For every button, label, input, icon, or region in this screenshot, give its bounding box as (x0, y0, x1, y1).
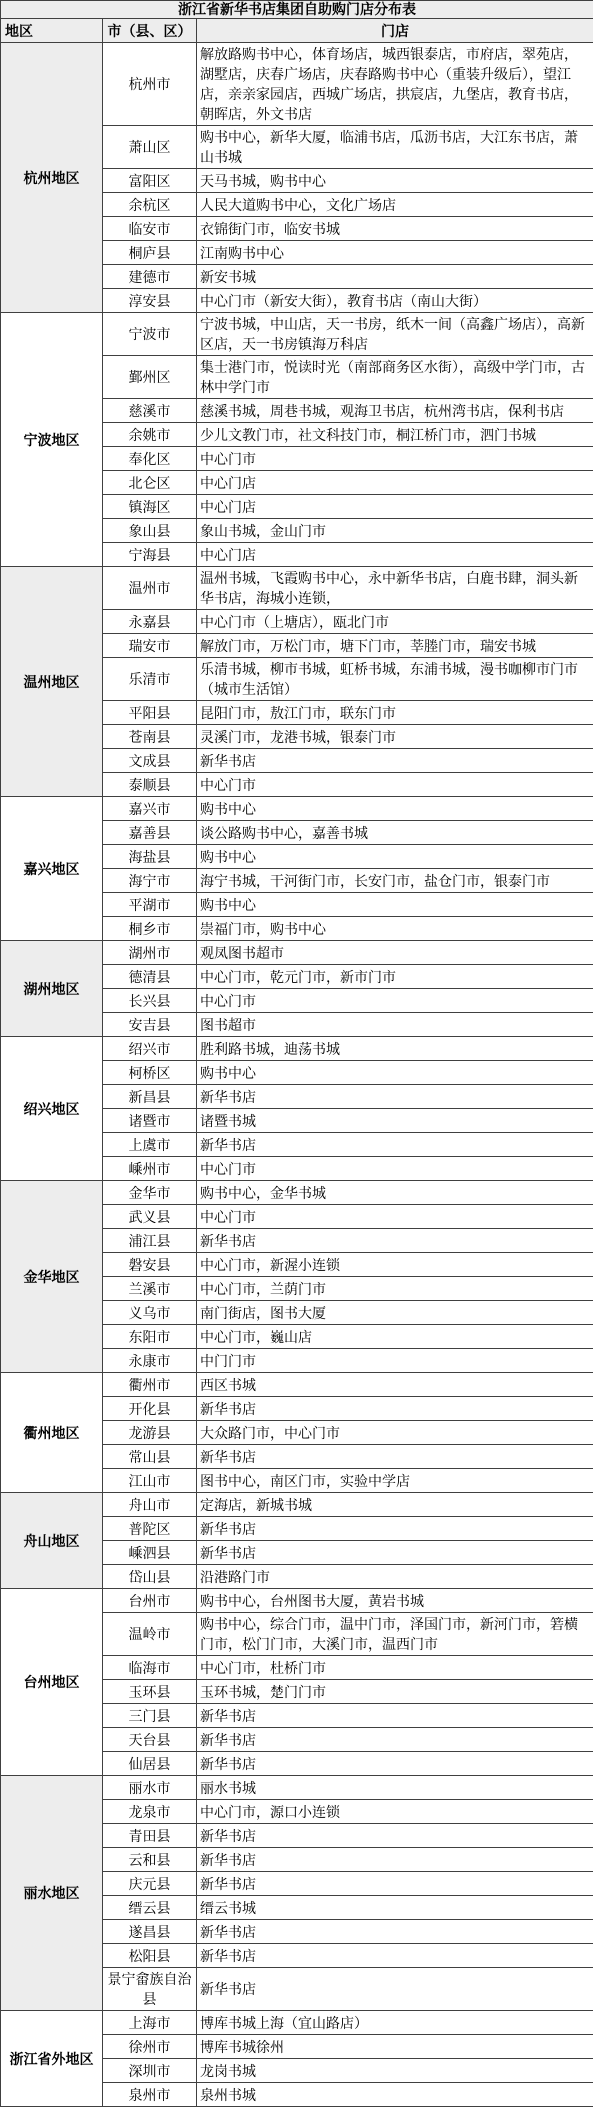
city-cell: 余姚市 (103, 423, 197, 447)
city-cell: 台州市 (103, 1589, 197, 1613)
stores-cell: 泉州书城 (197, 2083, 593, 2107)
stores-cell: 新安书城 (197, 265, 593, 289)
stores-cell: 中心门市，新渥小连锁 (197, 1253, 593, 1277)
table-row: 台州地区台州市购书中心，台州图书大厦，黄岩书城 (1, 1589, 593, 1613)
table-row: 金华地区金华市购书中心，金华书城 (1, 1181, 593, 1205)
header-row: 地区 市（县、区） 门店 (1, 19, 593, 43)
stores-cell: 新华书店 (197, 1752, 593, 1776)
city-cell: 东阳市 (103, 1325, 197, 1349)
city-cell: 上海市 (103, 2011, 197, 2035)
stores-cell: 新华书店 (197, 749, 593, 773)
stores-cell: 新华书店 (197, 1848, 593, 1872)
stores-cell: 新华书店 (197, 1968, 593, 2011)
page: 浙江省新华书店集团自助购门店分布表 地区 市（县、区） 门店 杭州地区杭州市解放… (0, 0, 593, 2107)
stores-cell: 南门街店，图书大厦 (197, 1301, 593, 1325)
city-cell: 泰顺县 (103, 773, 197, 797)
stores-cell: 崇福门市，购书中心 (197, 917, 593, 941)
stores-cell: 博库书城徐州 (197, 2035, 593, 2059)
stores-cell: 中心门市（新安大街），教育书店（南山大街） (197, 289, 593, 313)
city-cell: 长兴县 (103, 989, 197, 1013)
region-cell: 金华地区 (1, 1181, 103, 1373)
city-cell: 丽水市 (103, 1776, 197, 1800)
stores-cell: 解放门市，万松门市，塘下门市，莘塍门市，瑞安书城 (197, 634, 593, 658)
table-row: 衢州地区衢州市西区书城 (1, 1373, 593, 1397)
stores-cell: 衣锦街门市，临安书城 (197, 217, 593, 241)
city-cell: 乐清市 (103, 658, 197, 701)
city-cell: 临安市 (103, 217, 197, 241)
stores-cell: 灵溪门市，龙港书城，银泰门市 (197, 725, 593, 749)
city-cell: 松阳县 (103, 1944, 197, 1968)
city-cell: 镇海区 (103, 495, 197, 519)
city-cell: 奉化区 (103, 447, 197, 471)
table-row: 丽水地区丽水市丽水书城 (1, 1776, 593, 1800)
city-cell: 苍南县 (103, 725, 197, 749)
stores-cell: 中心门市（上塘店），瓯北门市 (197, 610, 593, 634)
city-cell: 兰溪市 (103, 1277, 197, 1301)
city-cell: 常山县 (103, 1445, 197, 1469)
region-cell: 湖州地区 (1, 941, 103, 1037)
city-cell: 金华市 (103, 1181, 197, 1205)
bookstore-distribution-table: 浙江省新华书店集团自助购门店分布表 地区 市（县、区） 门店 杭州地区杭州市解放… (0, 0, 593, 2107)
city-cell: 武义县 (103, 1205, 197, 1229)
city-cell: 诸暨市 (103, 1109, 197, 1133)
region-cell: 绍兴地区 (1, 1037, 103, 1181)
city-cell: 宁海县 (103, 543, 197, 567)
page-title: 浙江省新华书店集团自助购门店分布表 (1, 1, 593, 19)
region-cell: 浙江省外地区 (1, 2011, 103, 2107)
stores-cell: 新华书店 (197, 1944, 593, 1968)
stores-cell: 图书中心，南区门市，实验中学店 (197, 1469, 593, 1493)
stores-cell: 观凤图书超市 (197, 941, 593, 965)
city-cell: 新昌县 (103, 1085, 197, 1109)
city-cell: 天台县 (103, 1728, 197, 1752)
stores-cell: 谈公路购书中心，嘉善书城 (197, 821, 593, 845)
city-cell: 仙居县 (103, 1752, 197, 1776)
city-cell: 安吉县 (103, 1013, 197, 1037)
city-cell: 龙泉市 (103, 1800, 197, 1824)
city-cell: 嘉善县 (103, 821, 197, 845)
city-cell: 德清县 (103, 965, 197, 989)
stores-cell: 新华书店 (197, 1085, 593, 1109)
stores-cell: 集士港门市，悦读时光（南部商务区水街），高级中学门市，古林中学门市 (197, 356, 593, 399)
stores-cell: 江南购书中心 (197, 241, 593, 265)
city-cell: 桐乡市 (103, 917, 197, 941)
table-row: 温州地区温州市温州书城，飞霞购书中心，永中新华书店，白鹿书肆，洞头新华书店，海城… (1, 567, 593, 610)
stores-cell: 宁波书城，中山店，天一书房，纸木一间（高鑫广场店），高新区店，天一书房镇海万科店 (197, 313, 593, 356)
city-cell: 深圳市 (103, 2059, 197, 2083)
city-cell: 泉州市 (103, 2083, 197, 2107)
city-cell: 浦江县 (103, 1229, 197, 1253)
stores-cell: 中心门市，巍山店 (197, 1325, 593, 1349)
stores-cell: 玉环书城，楚门门市 (197, 1680, 593, 1704)
stores-cell: 龙岗书城 (197, 2059, 593, 2083)
city-cell: 余杭区 (103, 193, 197, 217)
region-cell: 宁波地区 (1, 313, 103, 567)
stores-cell: 大众路门市，中心门市 (197, 1421, 593, 1445)
city-cell: 徐州市 (103, 2035, 197, 2059)
table-row: 湖州地区湖州市观凤图书超市 (1, 941, 593, 965)
city-cell: 缙云县 (103, 1896, 197, 1920)
stores-cell: 中心门市，源口小连锁 (197, 1800, 593, 1824)
region-cell: 衢州地区 (1, 1373, 103, 1493)
stores-cell: 新华书店 (197, 1445, 593, 1469)
table-row: 浙江省外地区上海市博库书城上海（宜山路店） (1, 2011, 593, 2035)
city-cell: 海宁市 (103, 869, 197, 893)
column-header-stores: 门店 (197, 19, 593, 43)
city-cell: 柯桥区 (103, 1061, 197, 1085)
city-cell: 建德市 (103, 265, 197, 289)
stores-cell: 缙云书城 (197, 1896, 593, 1920)
table-row: 舟山地区舟山市定海店，新城书城 (1, 1493, 593, 1517)
title-row: 浙江省新华书店集团自助购门店分布表 (1, 1, 593, 19)
stores-cell: 丽水书城 (197, 1776, 593, 1800)
stores-cell: 新华书店 (197, 1872, 593, 1896)
city-cell: 平阳县 (103, 701, 197, 725)
city-cell: 富阳区 (103, 169, 197, 193)
stores-cell: 解放路购书中心，体育场店，城西银泰店，市府店，翠苑店，湖墅店，庆春广场店，庆春路… (197, 43, 593, 126)
stores-cell: 购书中心，台州图书大厦，黄岩书城 (197, 1589, 593, 1613)
stores-cell: 人民大道购书中心，文化广场店 (197, 193, 593, 217)
stores-cell: 新华书店 (197, 1133, 593, 1157)
stores-cell: 购书中心，新华大厦，临浦书店，瓜沥书店，大江东书店，萧山书城 (197, 126, 593, 169)
city-cell: 嵊州市 (103, 1157, 197, 1181)
city-cell: 江山市 (103, 1469, 197, 1493)
city-cell: 温岭市 (103, 1613, 197, 1656)
city-cell: 永康市 (103, 1349, 197, 1373)
city-cell: 舟山市 (103, 1493, 197, 1517)
city-cell: 义乌市 (103, 1301, 197, 1325)
stores-cell: 新华书店 (197, 1541, 593, 1565)
table-row: 杭州地区杭州市解放路购书中心，体育场店，城西银泰店，市府店，翠苑店，湖墅店，庆春… (1, 43, 593, 126)
city-cell: 象山县 (103, 519, 197, 543)
stores-cell: 中心门市 (197, 1205, 593, 1229)
city-cell: 温州市 (103, 567, 197, 610)
stores-cell: 中心门市 (197, 447, 593, 471)
region-cell: 台州地区 (1, 1589, 103, 1776)
stores-cell: 少儿文教门市，社文科技门市，桐江桥门市，泗门书城 (197, 423, 593, 447)
city-cell: 衢州市 (103, 1373, 197, 1397)
city-cell: 桐庐县 (103, 241, 197, 265)
stores-cell: 中心门市，乾元门市，新市门市 (197, 965, 593, 989)
stores-cell: 中心门市，杜桥门市 (197, 1656, 593, 1680)
city-cell: 岱山县 (103, 1565, 197, 1589)
city-cell: 临海市 (103, 1656, 197, 1680)
city-cell: 湖州市 (103, 941, 197, 965)
city-cell: 瑞安市 (103, 634, 197, 658)
city-cell: 北仑区 (103, 471, 197, 495)
city-cell: 云和县 (103, 1848, 197, 1872)
stores-cell: 新华书店 (197, 1397, 593, 1421)
stores-cell: 沿港路门市 (197, 1565, 593, 1589)
city-cell: 上虞市 (103, 1133, 197, 1157)
region-cell: 温州地区 (1, 567, 103, 797)
stores-cell: 温州书城，飞霞购书中心，永中新华书店，白鹿书肆，洞头新华书店，海城小连锁， (197, 567, 593, 610)
city-cell: 磐安县 (103, 1253, 197, 1277)
table-row: 宁波地区宁波市宁波书城，中山店，天一书房，纸木一间（高鑫广场店），高新区店，天一… (1, 313, 593, 356)
city-cell: 永嘉县 (103, 610, 197, 634)
stores-cell: 新华书店 (197, 1517, 593, 1541)
stores-cell: 西区书城 (197, 1373, 593, 1397)
stores-cell: 胜利路书城，迪荡书城 (197, 1037, 593, 1061)
stores-cell: 中心门店 (197, 543, 593, 567)
city-cell: 鄞州区 (103, 356, 197, 399)
city-cell: 文成县 (103, 749, 197, 773)
stores-cell: 购书中心，综合门市，温中门市，泽国门市，新河门市，箬横门市，松门门市，大溪门市，… (197, 1613, 593, 1656)
stores-cell: 诸暨书城 (197, 1109, 593, 1133)
city-cell: 宁波市 (103, 313, 197, 356)
stores-cell: 定海店，新城书城 (197, 1493, 593, 1517)
city-cell: 海盐县 (103, 845, 197, 869)
city-cell: 庆元县 (103, 1872, 197, 1896)
city-cell: 龙游县 (103, 1421, 197, 1445)
city-cell: 青田县 (103, 1824, 197, 1848)
city-cell: 杭州市 (103, 43, 197, 126)
column-header-city: 市（县、区） (103, 19, 197, 43)
region-cell: 舟山地区 (1, 1493, 103, 1589)
stores-cell: 中心门店 (197, 495, 593, 519)
stores-cell: 慈溪书城，周巷书城，观海卫书店，杭州湾书店，保利书店 (197, 399, 593, 423)
table-row: 绍兴地区绍兴市胜利路书城，迪荡书城 (1, 1037, 593, 1061)
city-cell: 普陀区 (103, 1517, 197, 1541)
stores-cell: 购书中心 (197, 1061, 593, 1085)
region-cell: 丽水地区 (1, 1776, 103, 2011)
stores-cell: 昆阳门市，敖江门市，联东门市 (197, 701, 593, 725)
stores-cell: 新华书店 (197, 1728, 593, 1752)
city-cell: 开化县 (103, 1397, 197, 1421)
city-cell: 萧山区 (103, 126, 197, 169)
stores-cell: 新华书店 (197, 1704, 593, 1728)
city-cell: 绍兴市 (103, 1037, 197, 1061)
stores-cell: 中心门店 (197, 471, 593, 495)
stores-cell: 图书超市 (197, 1013, 593, 1037)
stores-cell: 中心门市，兰荫门市 (197, 1277, 593, 1301)
region-cell: 杭州地区 (1, 43, 103, 313)
stores-cell: 购书中心 (197, 797, 593, 821)
stores-cell: 天马书城，购书中心 (197, 169, 593, 193)
stores-cell: 新华书店 (197, 1824, 593, 1848)
city-cell: 慈溪市 (103, 399, 197, 423)
table-row: 嘉兴地区嘉兴市购书中心 (1, 797, 593, 821)
city-cell: 三门县 (103, 1704, 197, 1728)
city-cell: 玉环县 (103, 1680, 197, 1704)
stores-cell: 乐清书城，柳市书城，虹桥书城，东浦书城，漫书咖柳市门市（城市生活馆） (197, 658, 593, 701)
column-header-region: 地区 (1, 19, 103, 43)
city-cell: 遂昌县 (103, 1920, 197, 1944)
stores-cell: 中心门市 (197, 773, 593, 797)
stores-cell: 海宁书城，干河街门市，长安门市，盐仓门市，银泰门市 (197, 869, 593, 893)
city-cell: 平湖市 (103, 893, 197, 917)
city-cell: 嘉兴市 (103, 797, 197, 821)
city-cell: 嵊泗县 (103, 1541, 197, 1565)
stores-cell: 购书中心 (197, 845, 593, 869)
stores-cell: 中心门市 (197, 1157, 593, 1181)
stores-cell: 中心门市 (197, 989, 593, 1013)
stores-cell: 购书中心 (197, 893, 593, 917)
region-cell: 嘉兴地区 (1, 797, 103, 941)
city-cell: 淳安县 (103, 289, 197, 313)
stores-cell: 中门门市 (197, 1349, 593, 1373)
stores-cell: 象山书城，金山门市 (197, 519, 593, 543)
city-cell: 景宁畲族自治县 (103, 1968, 197, 2011)
stores-cell: 博库书城上海（宜山路店） (197, 2011, 593, 2035)
stores-cell: 新华书店 (197, 1229, 593, 1253)
stores-cell: 新华书店 (197, 1920, 593, 1944)
stores-cell: 购书中心，金华书城 (197, 1181, 593, 1205)
